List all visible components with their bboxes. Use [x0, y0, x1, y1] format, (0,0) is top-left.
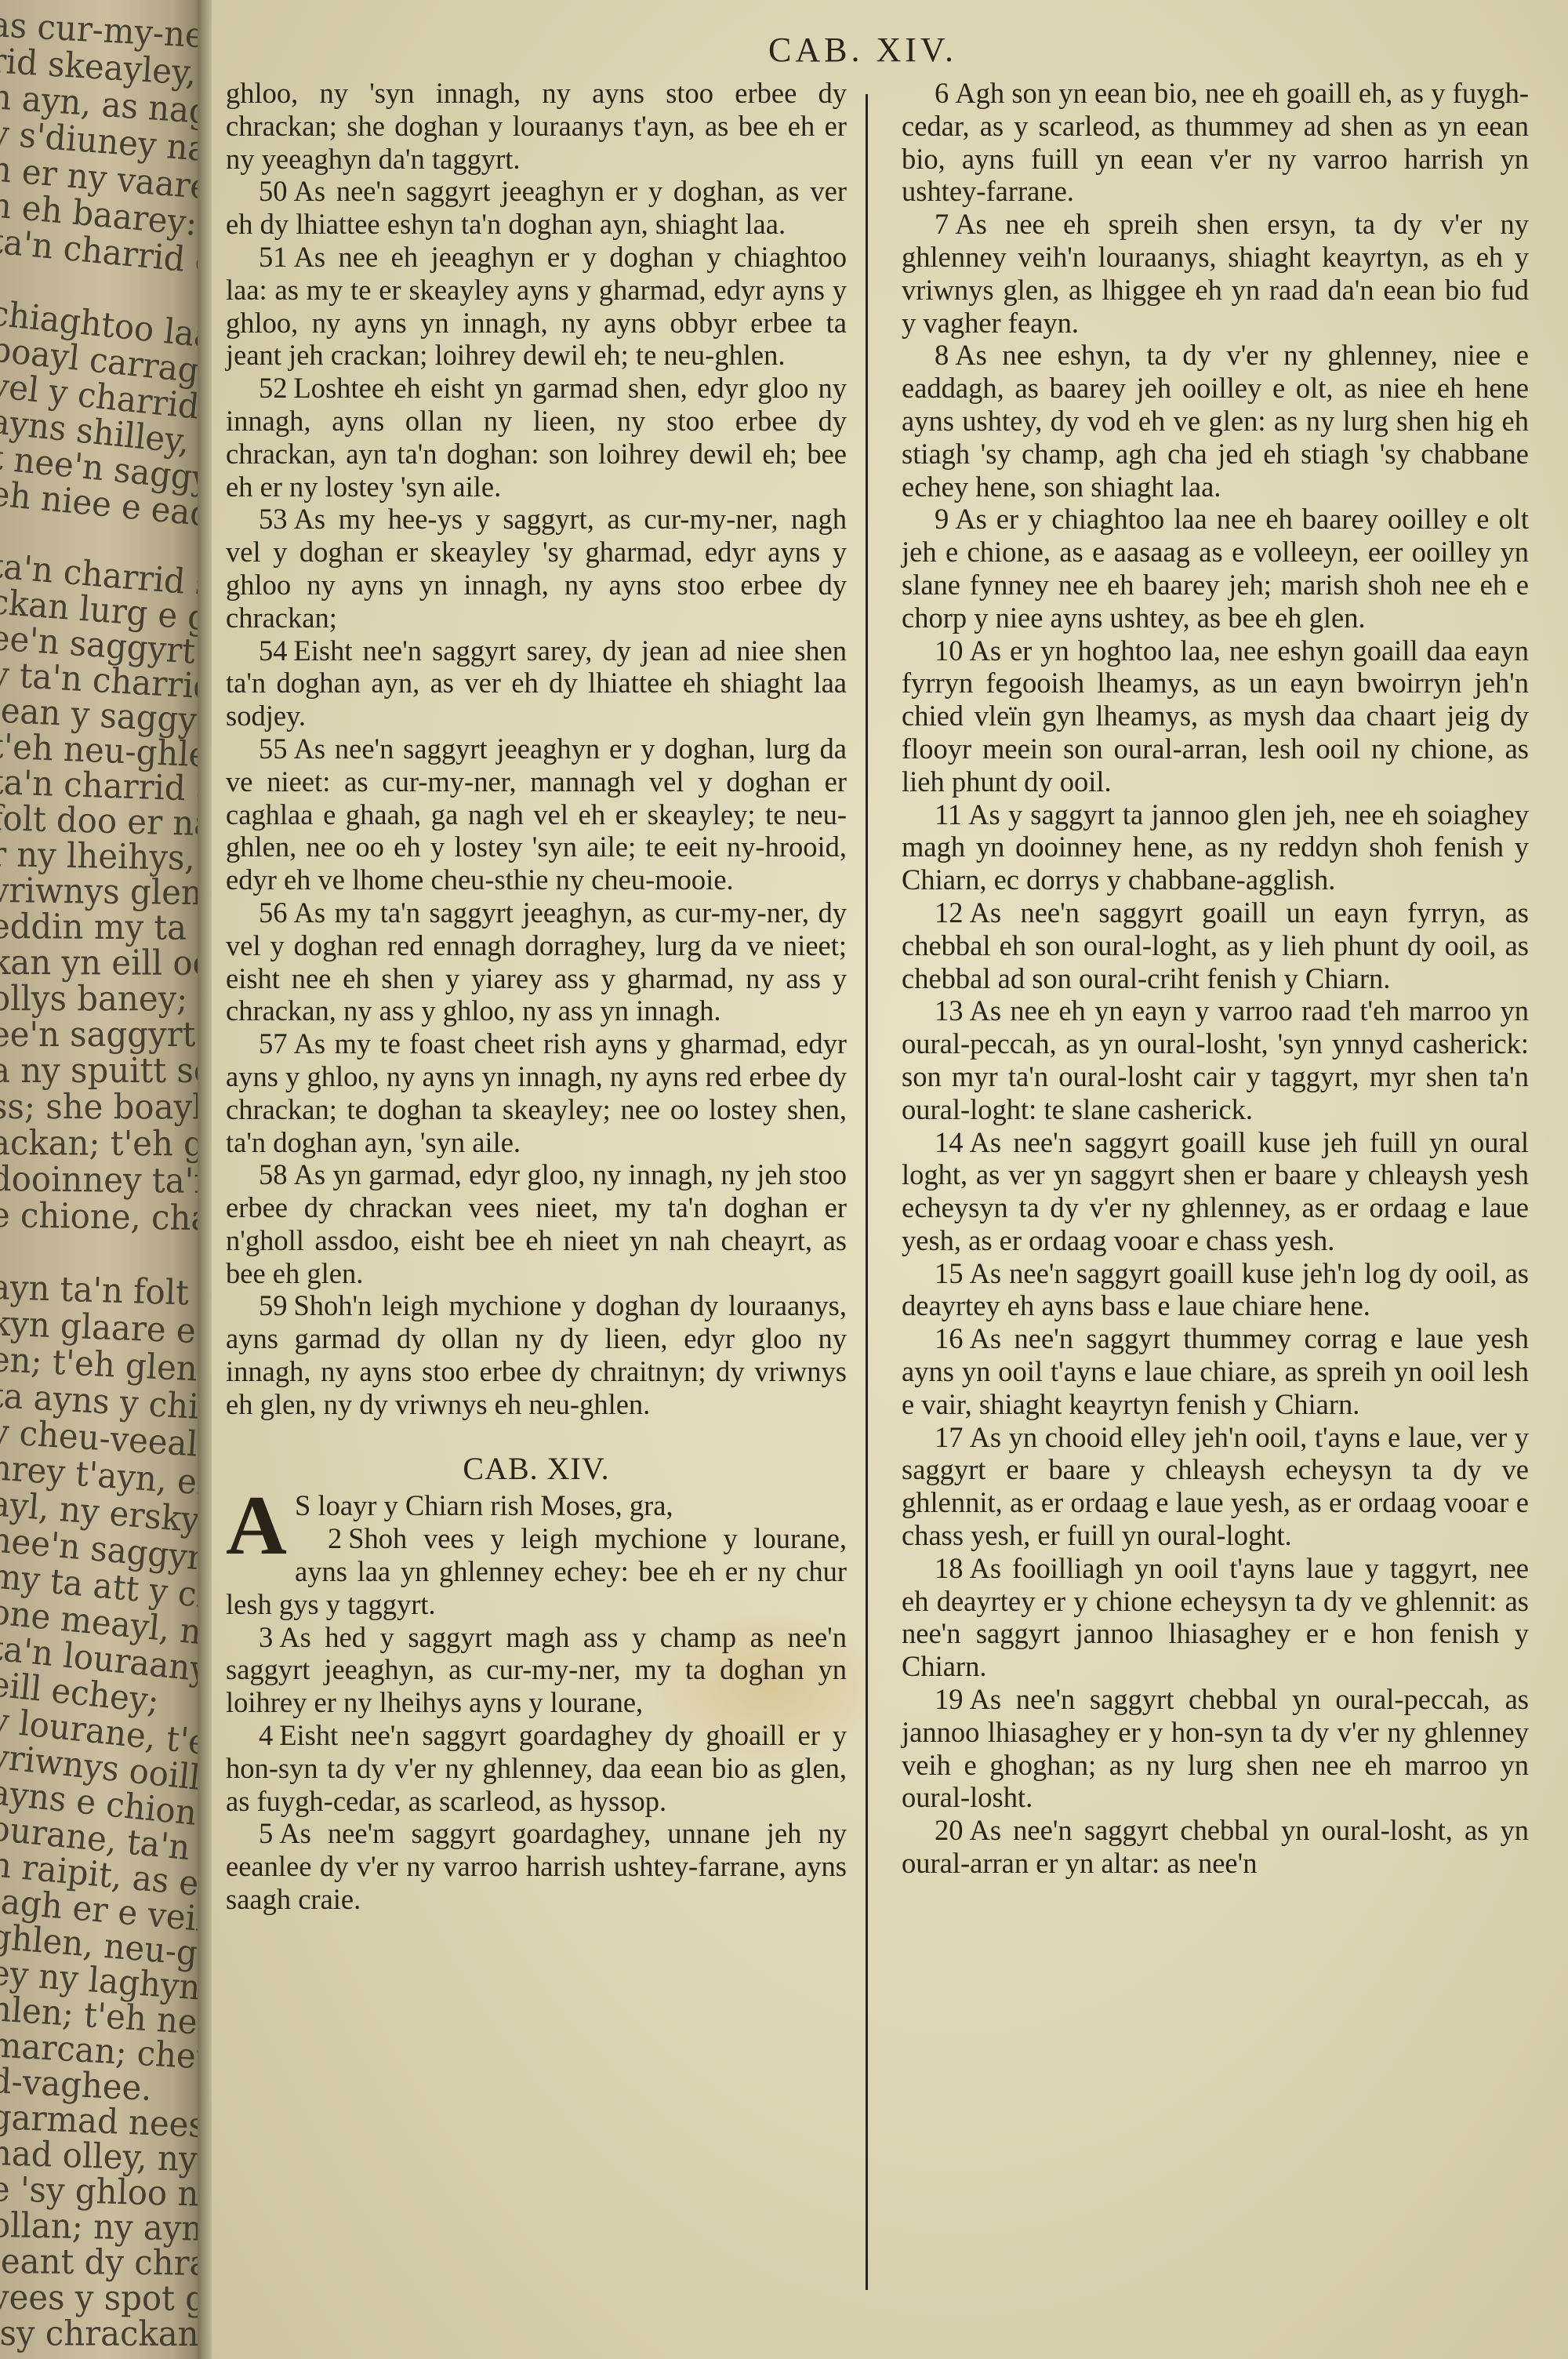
drop-cap: A — [226, 1492, 287, 1560]
verse-text: As my hee-ys y saggyrt, as cur-my-ner, n… — [226, 503, 847, 633]
verse-text: As nee'n saggyrt jeeaghyn er y doghan, a… — [226, 175, 847, 240]
verse: 16As nee'n saggyrt thummey corrag e laue… — [902, 1322, 1529, 1420]
book-gutter — [198, 0, 213, 2359]
verse: 3As hed y saggyrt magh ass y champ as ne… — [226, 1621, 847, 1719]
verse: 20As nee'n saggyrt chebbal yn oural-losh… — [902, 1814, 1529, 1880]
verse: 12As nee'n saggyrt goaill un eayn fyrryn… — [902, 896, 1529, 994]
verse-number: 2 — [328, 1522, 342, 1554]
verse-text: Shoh'n leigh mychione y doghan dy louraa… — [226, 1289, 847, 1419]
verse-number: 5 — [259, 1817, 273, 1849]
first-verse-text: S loayr y Chiarn rish Moses, gra, — [295, 1489, 673, 1521]
verse-text: As nee'n saggyrt chebbal yn oural-peccah… — [902, 1683, 1529, 1813]
verse: 15As nee'n saggyrt goaill kuse jeh'n log… — [902, 1257, 1529, 1323]
verse-number: 3 — [259, 1621, 273, 1653]
verse-number: 9 — [935, 503, 949, 535]
verse: 58As yn garmad, edyr gloo, ny innagh, ny… — [226, 1158, 847, 1289]
verse-text: As nee'n saggyrt thummey corrag e laue y… — [902, 1322, 1529, 1420]
chapter-first-verse: A S loayr y Chiarn rish Moses, gra, — [226, 1489, 847, 1522]
verse: 11As y saggyrt ta jannoo glen jeh, nee e… — [902, 798, 1529, 896]
verse-number: 11 — [935, 798, 962, 831]
verse-text: Agh son yn eean bio, nee eh goaill eh, a… — [902, 77, 1529, 207]
chapter-verse-list: 2Shoh vees y leigh mychione y lourane, a… — [226, 1522, 847, 1916]
verse-number: 7 — [935, 208, 949, 240]
verse: 7As nee eh spreih shen ersyn, ta dy v'er… — [902, 208, 1529, 339]
verse: 18As fooilliagh yn ooil t'ayns laue y ta… — [902, 1552, 1529, 1683]
verse: 56As my ta'n saggyrt jeeaghyn, as cur-my… — [226, 896, 847, 1027]
facing-page-line: e chione, cha vel eh — [0, 1195, 198, 1241]
verse-number: 14 — [935, 1126, 964, 1158]
verse-text: As er yn hoghtoo laa, nee eshyn goaill d… — [902, 634, 1529, 798]
verse: 9As er y chiaghtoo laa nee eh baarey ooi… — [902, 503, 1529, 634]
verse-text: As y saggyrt ta jannoo glen jeh, nee eh … — [902, 798, 1529, 896]
verse: 10As er yn hoghtoo laa, nee eshyn goaill… — [902, 634, 1529, 798]
verse: 14As nee'n saggyrt goaill kuse jeh fuill… — [902, 1126, 1529, 1257]
verse-text: As my te foast cheet rish ayns y gharmad… — [226, 1027, 847, 1158]
verse-text: As nee'm saggyrt goardaghey, unnane jeh … — [226, 1817, 847, 1915]
verse-text: Eisht nee'n saggyrt sarey, dy jean ad ni… — [226, 634, 847, 732]
verse-number: 13 — [935, 994, 964, 1027]
verse-number: 6 — [935, 77, 949, 109]
verse-number: 50 — [259, 175, 288, 207]
verse-number: 55 — [259, 732, 288, 765]
verse-number: 18 — [935, 1552, 964, 1584]
facing-page: as cur-my-nerrid skeayley, as naghh ayn,… — [0, 0, 198, 2359]
verse-text: As er y chiaghtoo laa nee eh baarey ooil… — [902, 503, 1529, 633]
verse: 19As nee'n saggyrt chebbal yn oural-pecc… — [902, 1683, 1529, 1814]
book-page: CAB. XIV. ghloo, ny 'syn innagh, ny ayns… — [212, 0, 1568, 2359]
right-column: 6Agh son yn eean bio, nee eh goaill eh, … — [902, 77, 1529, 1880]
facing-page-line: ollys baney; — [0, 979, 187, 1019]
verse-number: 58 — [259, 1158, 288, 1190]
left-column: ghloo, ny 'syn innagh, ny ayns stoo erbe… — [226, 77, 847, 1916]
verse-text: Loshtee eh eisht yn garmad shen, edyr gl… — [226, 372, 847, 502]
facing-page-line: ackan; t'eh glen. — [0, 1123, 198, 1165]
facing-page-line: kan yn eill oc spuitt — [0, 943, 198, 983]
verse-number: 8 — [935, 339, 949, 371]
verse-number: 57 — [259, 1027, 288, 1060]
verse-number: 17 — [935, 1421, 964, 1453]
verse: 8As nee eshyn, ta dy v'er ny ghlenney, n… — [902, 339, 1529, 503]
verse: 59Shoh'n leigh mychione y doghan dy lour… — [226, 1289, 847, 1420]
verse: 6Agh son yn eean bio, nee eh goaill eh, … — [902, 77, 1529, 208]
verse: 57As my te foast cheet rish ayns y gharm… — [226, 1027, 847, 1158]
verse-number: 15 — [935, 1257, 964, 1289]
verse: 13As nee eh yn eayn y varroo raad t'eh m… — [902, 994, 1529, 1125]
verse: 4Eisht nee'n saggyrt goardaghey dy ghoai… — [226, 1719, 847, 1817]
verse-text: As yn garmad, edyr gloo, ny innagh, ny j… — [226, 1158, 847, 1289]
verse: 55As nee'n saggyrt jeeaghyn er y doghan,… — [226, 732, 847, 896]
verse: 53As my hee-ys y saggyrt, as cur-my-ner,… — [226, 503, 847, 634]
right-verse-list: 6Agh son yn eean bio, nee eh goaill eh, … — [902, 77, 1529, 1880]
verse: 17As yn chooid elley jeh'n ooil, t'ayns … — [902, 1421, 1529, 1552]
verse-number: 20 — [935, 1814, 964, 1846]
verse-text: As my ta'n saggyrt jeeaghyn, as cur-my-n… — [226, 896, 847, 1027]
verse-text: As yn chooid elley jeh'n ooil, t'ayns e … — [902, 1421, 1529, 1551]
verse: 54Eisht nee'n saggyrt sarey, dy jean ad … — [226, 634, 847, 732]
verse-number: 16 — [935, 1322, 964, 1354]
verse-text: As nee'n saggyrt chebbal yn oural-losht,… — [902, 1814, 1529, 1879]
verse-continuation: ghloo, ny 'syn innagh, ny ayns stoo erbe… — [226, 77, 847, 175]
facing-page-line: ss; she boayl spottagh — [0, 1087, 198, 1128]
verse: 52Loshtee eh eisht yn garmad shen, edyr … — [226, 372, 847, 503]
verse-number: 52 — [259, 372, 288, 404]
verse: 50As nee'n saggyrt jeeaghyn er y doghan,… — [226, 175, 847, 241]
verse-text: Eisht nee'n saggyrt goardaghey dy ghoail… — [226, 1719, 847, 1817]
verse-text: As nee'n saggyrt goaill kuse jeh'n log d… — [902, 1257, 1529, 1322]
verse-text: As nee eh yn eayn y varroo raad t'eh mar… — [902, 994, 1529, 1125]
verse-number: 51 — [259, 241, 288, 273]
verse-text: As nee eh spreih shen ersyn, ta dy v'er … — [902, 208, 1529, 338]
verse-text: As fooilliagh yn ooil t'ayns laue y tagg… — [902, 1552, 1529, 1682]
running-head: CAB. XIV. — [768, 30, 957, 70]
chapter-heading: CAB. XIV. — [226, 1452, 847, 1485]
left-verse-list: 50As nee'n saggyrt jeeaghyn er y doghan,… — [226, 175, 847, 1420]
verse-text: As nee'n saggyrt jeeaghyn er y doghan, l… — [226, 732, 847, 896]
column-rule — [866, 94, 868, 2290]
verse-text: As nee'n saggyrt goaill kuse jeh fuill y… — [902, 1126, 1529, 1256]
verse: 51As nee eh jeeaghyn er y doghan y chiag… — [226, 241, 847, 372]
verse-number: 4 — [259, 1719, 273, 1751]
verse-number: 54 — [259, 634, 288, 667]
verse: 5As nee'm saggyrt goardaghey, unnane jeh… — [226, 1817, 847, 1915]
verse-number: 12 — [935, 896, 964, 929]
verse-number: 10 — [935, 634, 964, 667]
facing-page-line: a ny spuitt sollys ayns — [0, 1051, 198, 1091]
verse-text: As nee eh jeeaghyn er y doghan y chiaght… — [226, 241, 847, 371]
verse-number: 59 — [259, 1289, 288, 1321]
facing-page-line: 'sy chrackan — [0, 2314, 198, 2354]
verse-text: As nee'n saggyrt goaill un eayn fyrryn, … — [902, 896, 1529, 994]
verse-text: As nee eshyn, ta dy v'er ny ghlenney, ni… — [902, 339, 1529, 502]
verse: 2Shoh vees y leigh mychione y lourane, a… — [226, 1522, 847, 1620]
verse-text: Shoh vees y leigh mychione y lourane, ay… — [226, 1522, 847, 1620]
facing-page-line: ee'n saggyrt jeeaghyn — [0, 1015, 198, 1055]
verse-number: 53 — [259, 503, 288, 535]
verse-number: 19 — [935, 1683, 964, 1715]
verse-number: 56 — [259, 896, 288, 929]
verse-text: As hed y saggyrt magh ass y champ as nee… — [226, 1621, 847, 1719]
